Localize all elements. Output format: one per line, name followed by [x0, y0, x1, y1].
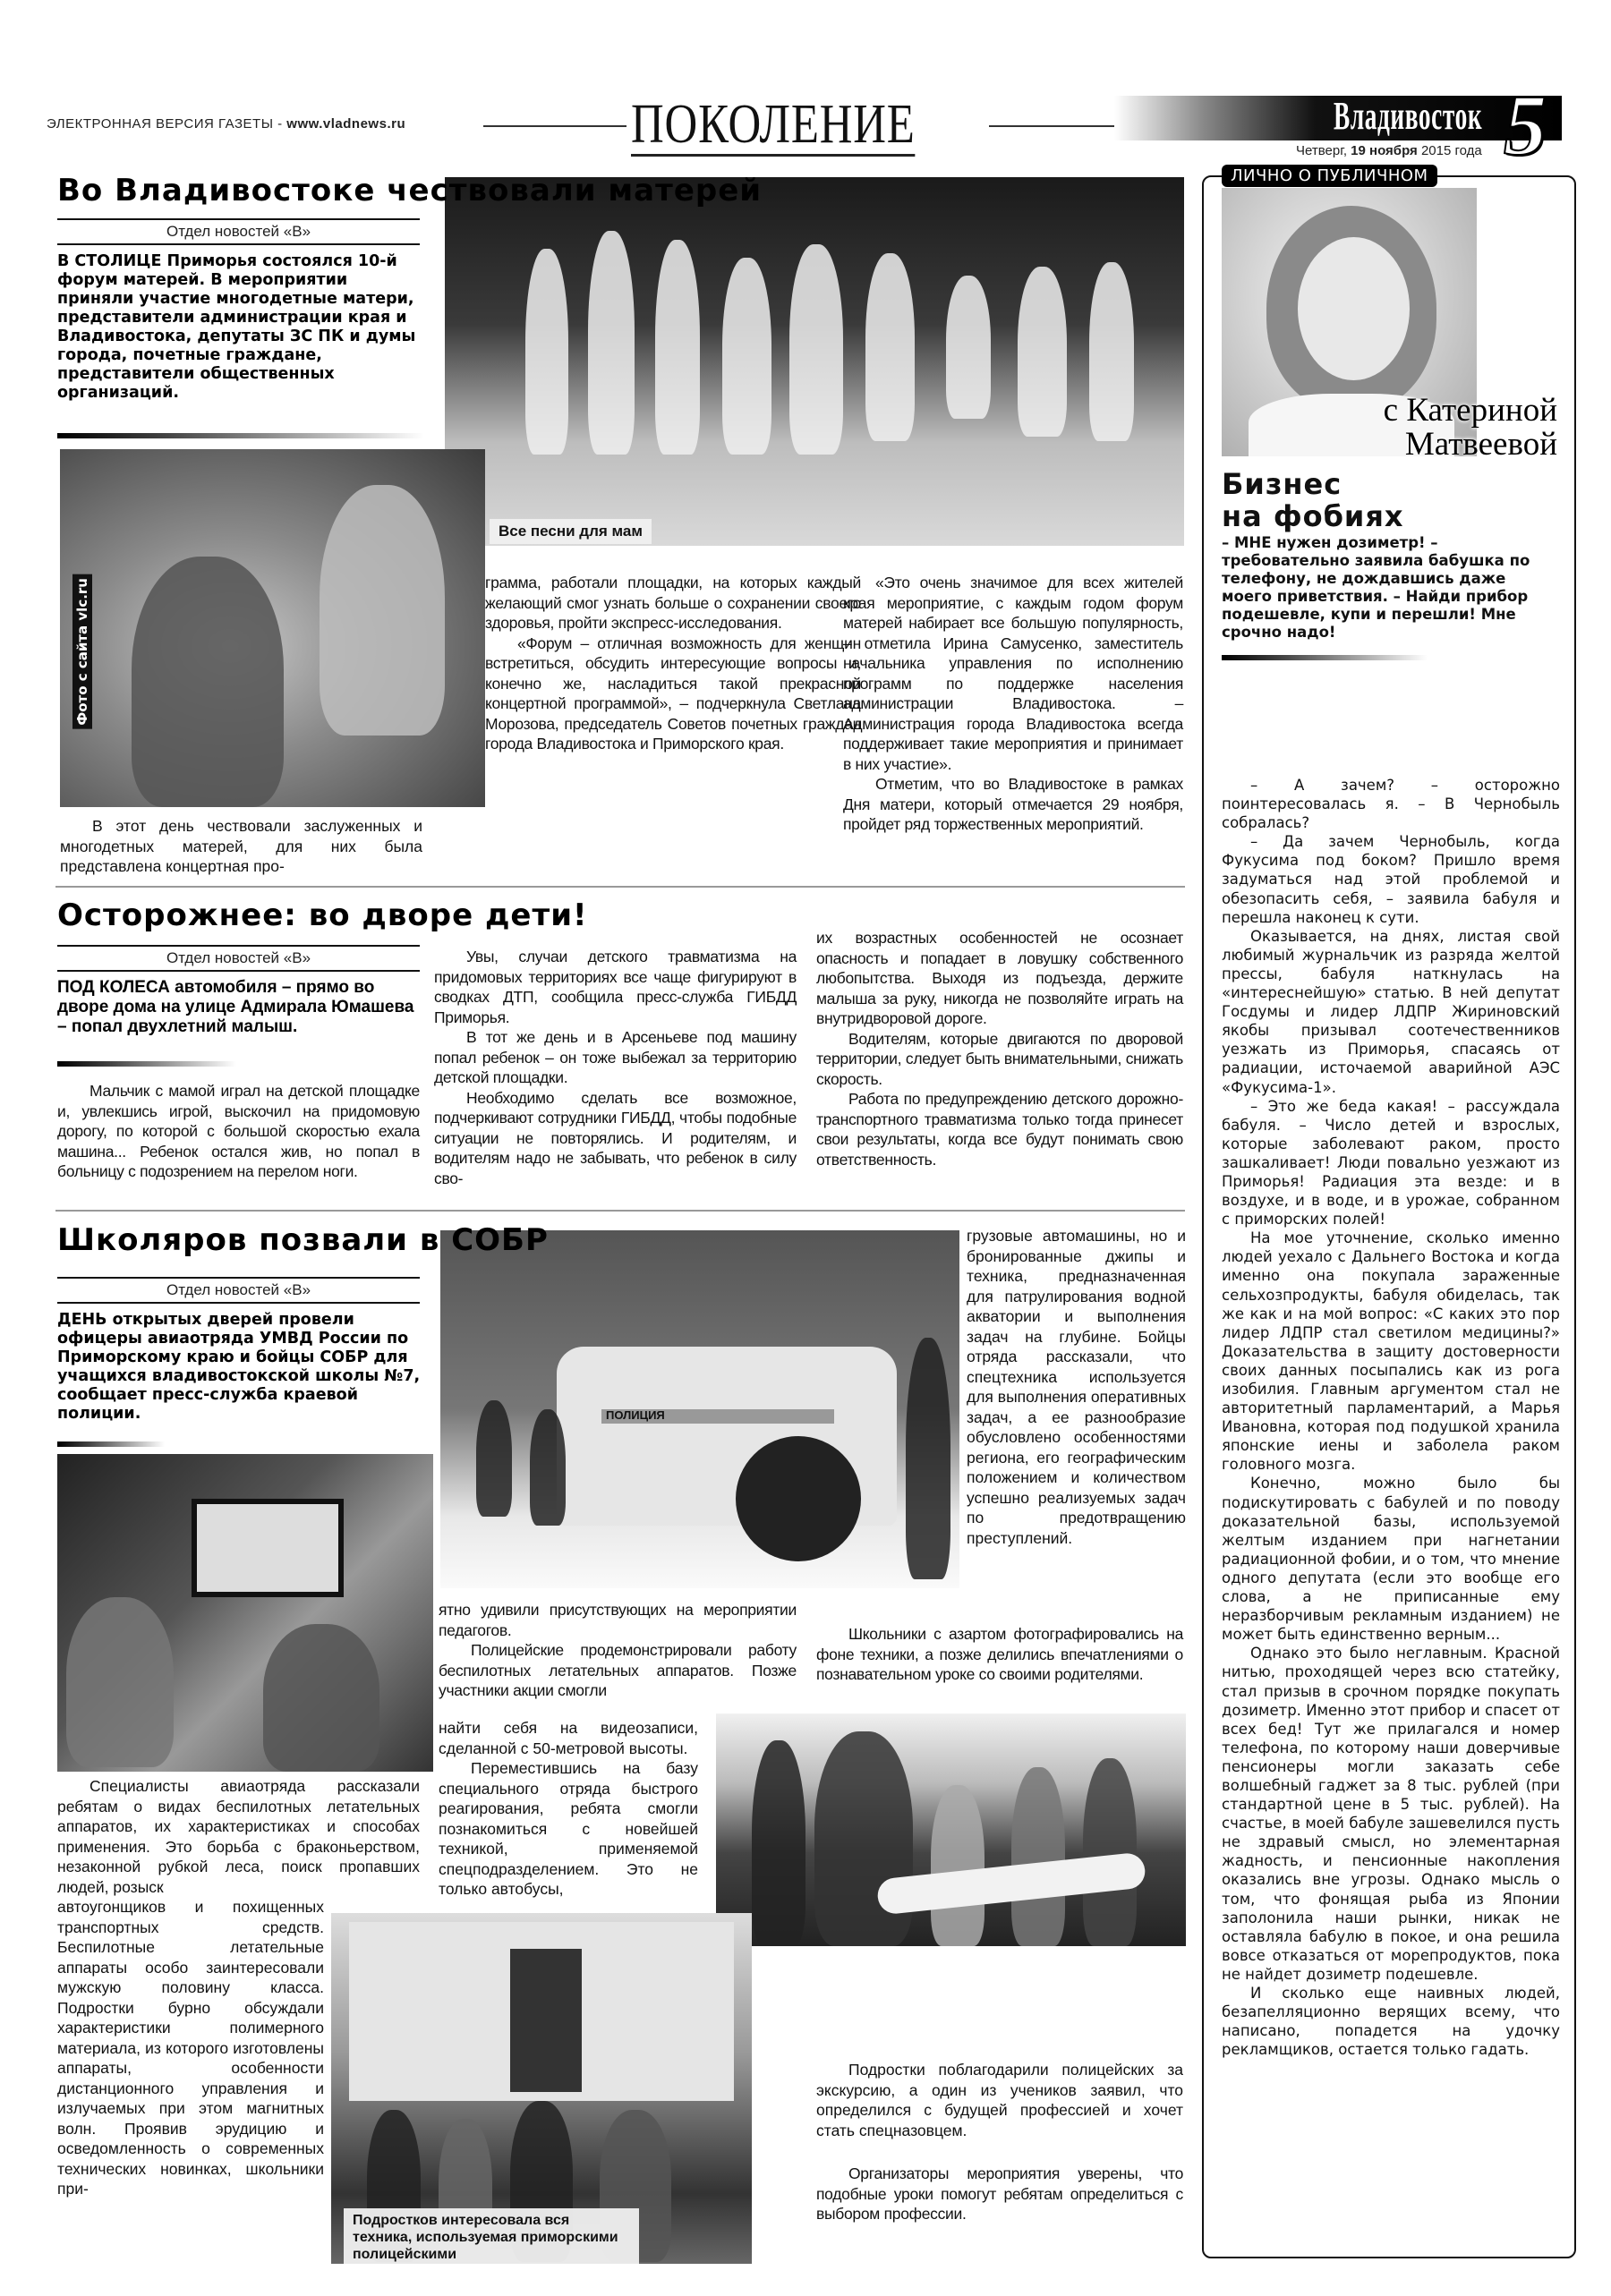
column-lead: – МНЕ нужен дозиметр! – требовательно за…: [1222, 534, 1560, 642]
photo-mother-child: Фото с сайта vlc.ru: [60, 449, 485, 807]
article2-col3: их возрастных особенностей не осознает о…: [816, 928, 1183, 1169]
section-divider: [55, 886, 1185, 888]
article3-col3-bottom: Подростки поблагодарили полицейских за э…: [816, 2060, 1183, 2140]
article3-col1-top: Специалисты авиаотряда рассказали ребята…: [57, 1776, 420, 1897]
lead-rule: [57, 433, 424, 438]
article3-col3-end: Организаторы мероприятия уверены, что по…: [816, 2164, 1183, 2224]
publication-date: Четверг, 19 ноября 2015 года: [1296, 143, 1482, 158]
section-divider: [55, 1210, 1185, 1212]
masthead-rule-left: [483, 125, 626, 127]
photo-police-van: Подростков интересовала вся техника, исп…: [331, 1913, 752, 2264]
column-author: с Катериной Матвеевой: [1325, 394, 1557, 462]
article1-byline: Отдел новостей «В»: [57, 218, 420, 245]
article3-col2-top: ятно удивили присутствующих на мероприят…: [439, 1600, 797, 1701]
article1-headline: Во Владивостоке чествовали матерей: [57, 173, 762, 208]
newspaper-logo: Владивосток: [1334, 93, 1482, 139]
masthead-rule-right: [989, 125, 1123, 127]
column-headline: Бизнес на фобиях: [1222, 468, 1562, 532]
lead-rule: [57, 1441, 165, 1447]
article2-col2: Увы, случаи детского травматизма на прид…: [434, 947, 797, 1188]
section-title: ПОКОЛЕНИЕ: [631, 97, 916, 157]
truck-label: ПОЛИЦИЯ: [606, 1408, 665, 1422]
article3-col3-mid: Школьники с азартом фотографировались на…: [816, 1624, 1183, 1685]
photo-caption: Подростков интересовала вся техника, исп…: [344, 2208, 639, 2264]
page-number: 5: [1504, 82, 1547, 168]
article1-col3: «Это очень значимое для всех жителей кра…: [843, 573, 1183, 835]
article1-col1: В этот день чествовали заслуженных и мно…: [60, 816, 422, 877]
article3-byline: Отдел новостей «В»: [57, 1277, 420, 1304]
edition-label: ЭЛЕКТРОННАЯ ВЕРСИЯ ГАЗЕТЫ - www.vladnews…: [47, 116, 405, 132]
article3-lead: ДЕНЬ открытых дверей провели офицеры ави…: [57, 1311, 424, 1424]
photo-drone-monitor: [57, 1454, 433, 1772]
article1-col2: грамма, работали площадки, на которых ка…: [485, 573, 861, 754]
photo-credit: Фото с сайта vlc.ru: [72, 574, 92, 729]
article2-col1: Мальчик с мамой играл на детской площадк…: [57, 1081, 420, 1182]
website-link[interactable]: www.vladnews.ru: [286, 116, 405, 132]
article3-headline: Школяров позвали в СОБР: [57, 1222, 549, 1258]
article3-col1-bottom: автоугонщиков и похищенных транспортных …: [57, 1897, 324, 2199]
rubric-label: ЛИЧНО О ПУБЛИЧНОМ: [1222, 165, 1437, 187]
article1-lead: В СТОЛИЦЕ Приморья состоялся 10-й форум …: [57, 252, 424, 403]
article2-lead: ПОД КОЛЕСА автомобиля – прямо во дворе д…: [57, 978, 424, 1037]
article3-col2-bottom: найти себя на видеозаписи, сделанной с 5…: [439, 1718, 698, 1900]
photo-concert-stage: Все песни для мам: [445, 177, 1184, 546]
article3-col3-top: грузовые автомашины, но и бронированные …: [967, 1226, 1186, 1548]
lead-rule: [57, 1061, 236, 1067]
article2-headline: Осторожнее: во дворе дети!: [57, 897, 588, 933]
article2-byline: Отдел новостей «В»: [57, 945, 420, 972]
column-body: – А зачем? – осторожно поинтересовалась …: [1222, 776, 1560, 2059]
photo-police-truck: ПОЛИЦИЯ: [440, 1230, 959, 1588]
lead-rule: [1222, 655, 1428, 660]
photo-drone-inspection: [716, 1713, 1186, 1946]
photo-caption: Все песни для мам: [490, 519, 652, 544]
